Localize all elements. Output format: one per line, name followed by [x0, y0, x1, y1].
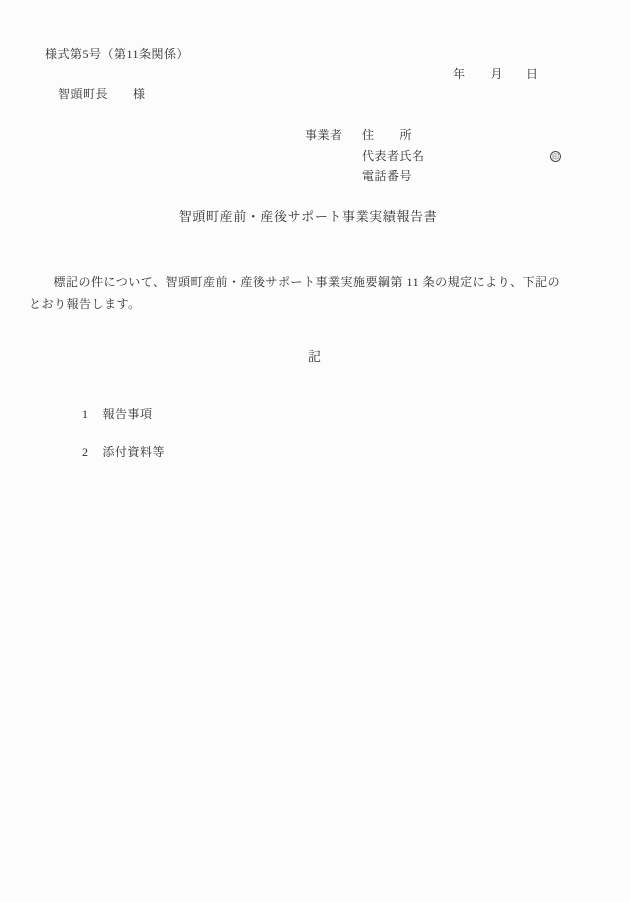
applicant-representative-label: 代表者氏名 [362, 150, 425, 162]
document-page: 様式第5号（第11条関係） 年月日 智頭町長様 事業者 住 所 代表者氏名 印 … [0, 0, 630, 903]
addressee: 智頭町長様 [58, 88, 146, 100]
date-day-label: 日 [526, 67, 539, 81]
item-label: 添付資料等 [103, 445, 166, 459]
seal-icon: 印 [550, 151, 561, 162]
date-month-label: 月 [491, 67, 504, 81]
list-item-2: 2添付資料等 [82, 446, 165, 458]
body-paragraph: 標記の件について、智頭町産前・産後サポート事業実施要綱第 11 条の規定により、… [29, 271, 589, 315]
record-marker: 記 [0, 346, 630, 365]
applicant-label: 事業者 [305, 129, 343, 141]
item-number: 1 [82, 407, 89, 421]
addressee-honorific: 様 [133, 87, 146, 101]
addressee-title: 智頭町長 [58, 87, 108, 101]
applicant-address-label: 住 所 [362, 129, 412, 141]
applicant-phone-label: 電話番号 [362, 170, 412, 182]
item-number: 2 [82, 445, 89, 459]
date-year-label: 年 [453, 67, 466, 81]
form-number: 様式第5号（第11条関係） [45, 48, 189, 60]
list-item-1: 1報告事項 [82, 408, 153, 420]
date-line: 年月日 [453, 68, 539, 80]
item-label: 報告事項 [103, 407, 153, 421]
body-line-1: 標記の件について、智頭町産前・産後サポート事業実施要綱第 11 条の規定により、… [29, 271, 589, 293]
document-title: 智頭町産前・産後サポート事業実績報告書 [0, 206, 616, 225]
body-line-2: とおり報告します。 [29, 293, 589, 315]
